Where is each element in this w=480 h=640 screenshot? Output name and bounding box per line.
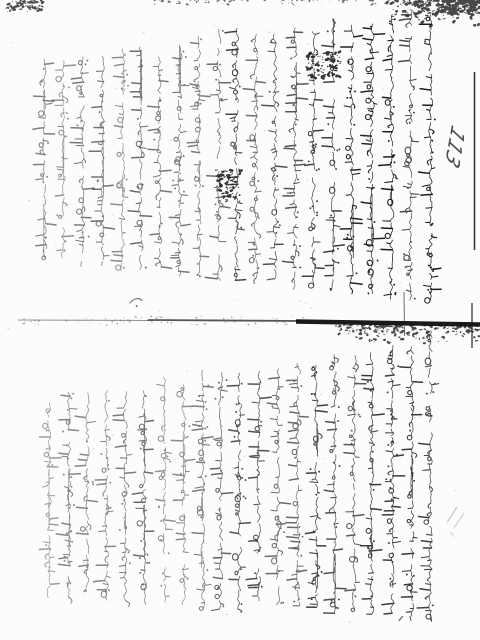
handwriting-and-noise-layer — [0, 0, 480, 640]
manuscript-scan: 113 — [0, 0, 480, 640]
stray-stroke-across-gutter — [404, 292, 405, 336]
scanned-manuscript-page: 113 — [0, 0, 480, 640]
